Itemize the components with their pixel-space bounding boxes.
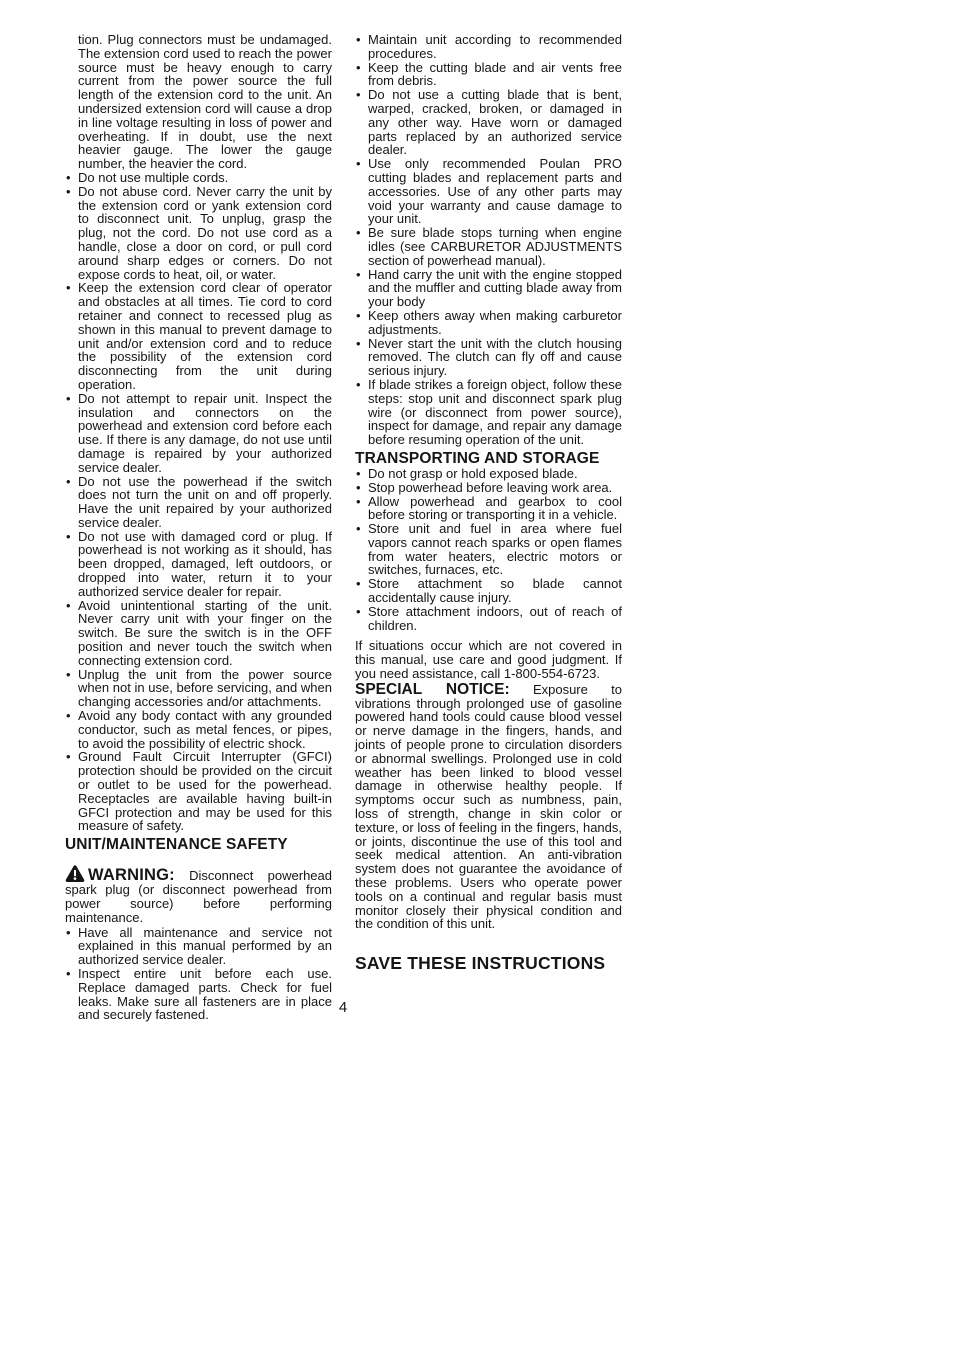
list-item: Store attachment so blade cannot acciden… bbox=[355, 577, 622, 605]
continued-paragraph: tion. Plug connectors must be undamaged.… bbox=[65, 33, 332, 171]
storage-bullet-list: Do not grasp or hold exposed blade. Stop… bbox=[355, 467, 622, 633]
list-item: Do not attempt to repair unit. Inspect t… bbox=[65, 392, 332, 475]
list-item: Hand carry the unit with the engine stop… bbox=[355, 268, 622, 309]
list-item: Allow powerhead and gearbox to cool befo… bbox=[355, 495, 622, 523]
right-column: Maintain unit according to recommended p… bbox=[355, 33, 622, 972]
list-item: Never start the unit with the clutch hou… bbox=[355, 337, 622, 378]
list-item: Keep others away when making carburetor … bbox=[355, 309, 622, 337]
list-item: Store attachment indoors, out of reach o… bbox=[355, 605, 622, 633]
list-item: Do not grasp or hold exposed blade. bbox=[355, 467, 622, 481]
closing-paragraph: If situations occur which are not covere… bbox=[355, 639, 622, 680]
page-number: 4 bbox=[65, 999, 621, 1016]
list-item: Avoid unintentional starting of the unit… bbox=[65, 599, 332, 668]
list-item: Maintain unit according to recommended p… bbox=[355, 33, 622, 61]
list-item: Store unit and fuel in area where fuel v… bbox=[355, 522, 622, 577]
electrical-safety-bullet-list: Do not use multiple cords. Do not abuse … bbox=[65, 171, 332, 833]
list-item: Do not abuse cord. Never carry the unit … bbox=[65, 185, 332, 282]
list-item: Use only recommended Poulan PRO cutting … bbox=[355, 157, 622, 226]
operation-safety-bullet-list: Maintain unit according to recommended p… bbox=[355, 33, 622, 447]
list-item: Keep the extension cord clear of operato… bbox=[65, 281, 332, 391]
manual-page: tion. Plug connectors must be undamaged.… bbox=[0, 0, 954, 1348]
list-item: Stop powerhead before leaving work area. bbox=[355, 481, 622, 495]
list-item: Have all maintenance and service not exp… bbox=[65, 926, 332, 967]
warning-triangle-icon bbox=[65, 865, 85, 883]
section-heading-transporting-storage: TRANSPORTING AND STORAGE bbox=[355, 450, 622, 467]
list-item: Do not use multiple cords. bbox=[65, 171, 332, 185]
special-notice-paragraph: SPECIAL NOTICE: Exposure to vibrations t… bbox=[355, 683, 622, 931]
section-heading-unit-maintenance-safety: UNIT/MAINTENANCE SAFETY bbox=[65, 836, 332, 853]
list-item: Do not use with damaged cord or plug. If… bbox=[65, 530, 332, 599]
special-notice-text: Exposure to vibrations through prolonged… bbox=[355, 682, 622, 932]
warning-paragraph: WARNING: Disconnect powerhead spark plug… bbox=[65, 865, 332, 924]
list-item: Avoid any body contact with any grounded… bbox=[65, 709, 332, 750]
list-item: Do not use a cutting blade that is bent,… bbox=[355, 88, 622, 157]
list-item: Ground Fault Circuit Interrupter (GFCI) … bbox=[65, 750, 332, 833]
list-item: If blade strikes a foreign object, follo… bbox=[355, 378, 622, 447]
list-item: Unplug the unit from the power source wh… bbox=[65, 668, 332, 709]
list-item: Do not use the powerhead if the switch d… bbox=[65, 475, 332, 530]
save-instructions-heading: SAVE THESE INSTRUCTIONS bbox=[355, 955, 622, 972]
list-item: Keep the cutting blade and air vents fre… bbox=[355, 61, 622, 89]
list-item: Be sure blade stops turning when engine … bbox=[355, 226, 622, 267]
left-column: tion. Plug connectors must be undamaged.… bbox=[65, 33, 332, 1022]
